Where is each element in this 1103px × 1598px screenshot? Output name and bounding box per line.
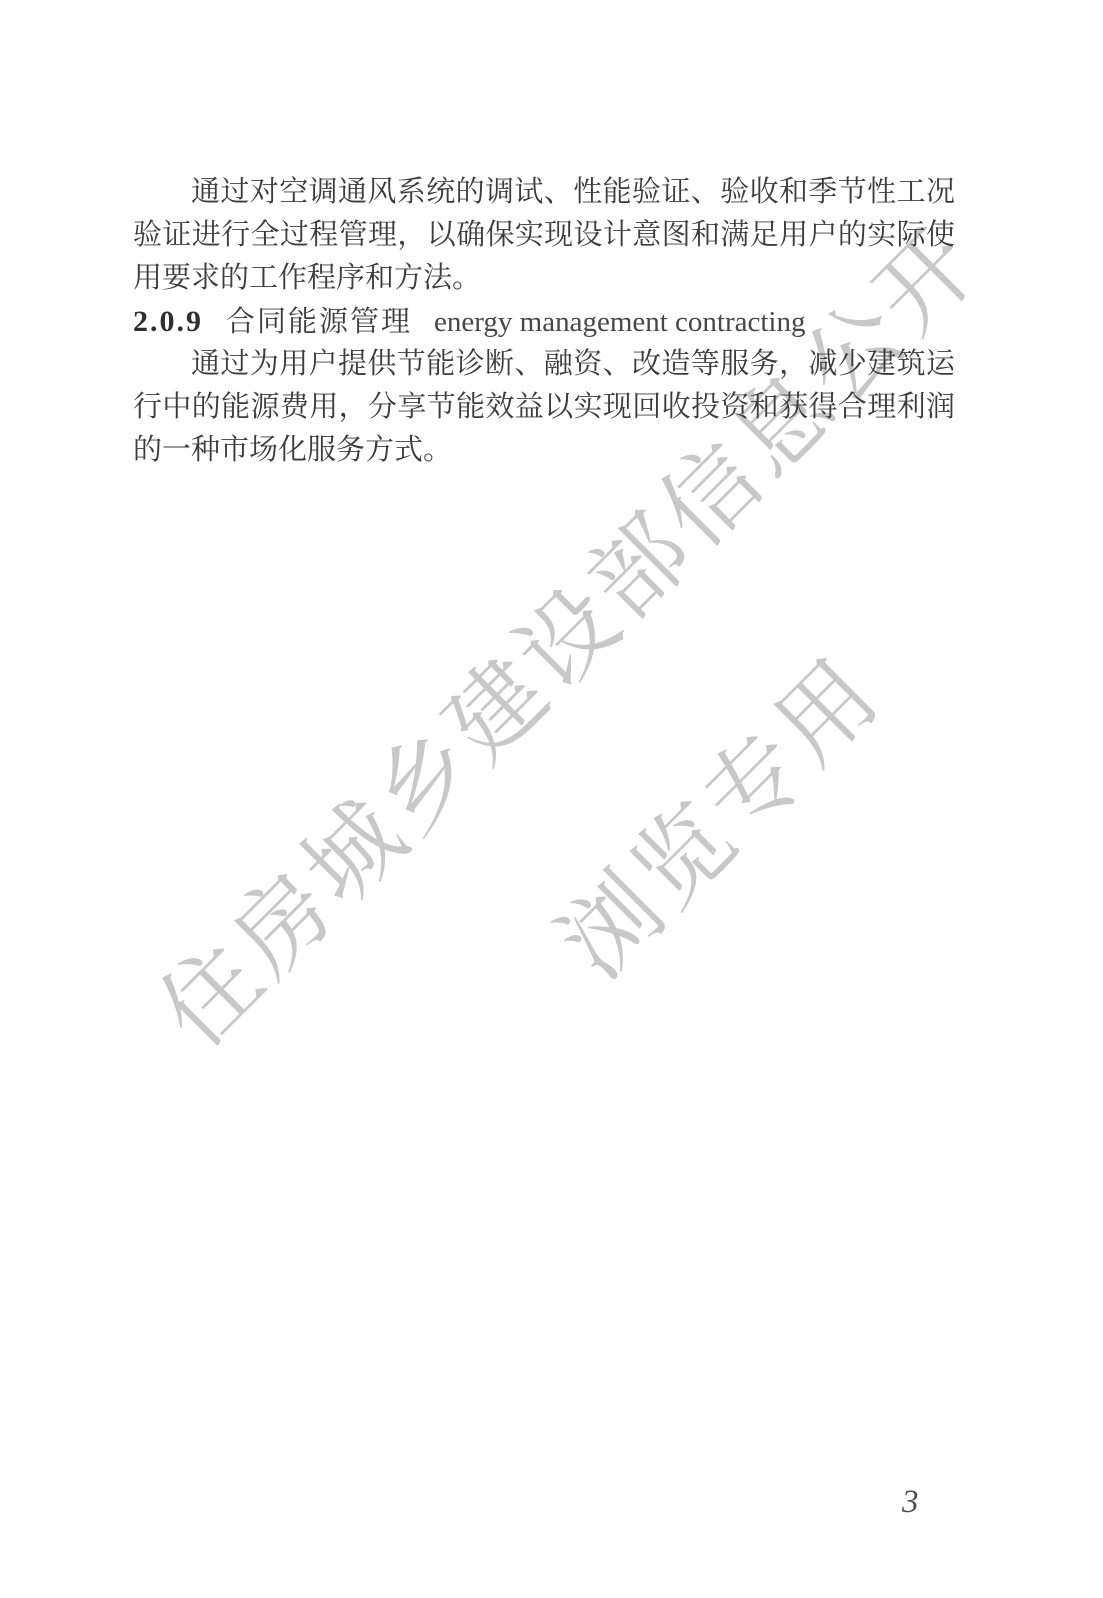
term-title-en: energy management contracting bbox=[434, 306, 805, 338]
watermark-line-2: 浏览专用 bbox=[546, 642, 899, 995]
term-number: 2.0.9 bbox=[133, 305, 203, 338]
paragraph-line: 用要求的工作程序和方法。 bbox=[133, 257, 955, 300]
term-heading: 2.0.9合同能源管理energy management contracting bbox=[133, 300, 955, 343]
paragraph-line: 的一种市场化服务方式。 bbox=[133, 429, 955, 472]
term-title-cn: 合同能源管理 bbox=[226, 306, 412, 338]
paragraph-line: 通过对空调通风系统的调试、性能验证、验收和季节性工况 bbox=[133, 171, 955, 214]
page-number: 3 bbox=[902, 1484, 919, 1521]
document-page: 住房城乡建设部信息公开 浏览专用 通过对空调通风系统的调试、性能验证、验收和季节… bbox=[0, 0, 1103, 1598]
text-block: 通过对空调通风系统的调试、性能验证、验收和季节性工况 验证进行全过程管理，以确保… bbox=[133, 171, 955, 472]
paragraph-line: 行中的能源费用，分享节能效益以实现回收投资和获得合理利润 bbox=[133, 386, 955, 429]
paragraph-line: 通过为用户提供节能诊断、融资、改造等服务，减少建筑运 bbox=[133, 343, 955, 386]
paragraph-line: 验证进行全过程管理，以确保实现设计意图和满足用户的实际使 bbox=[133, 214, 955, 257]
